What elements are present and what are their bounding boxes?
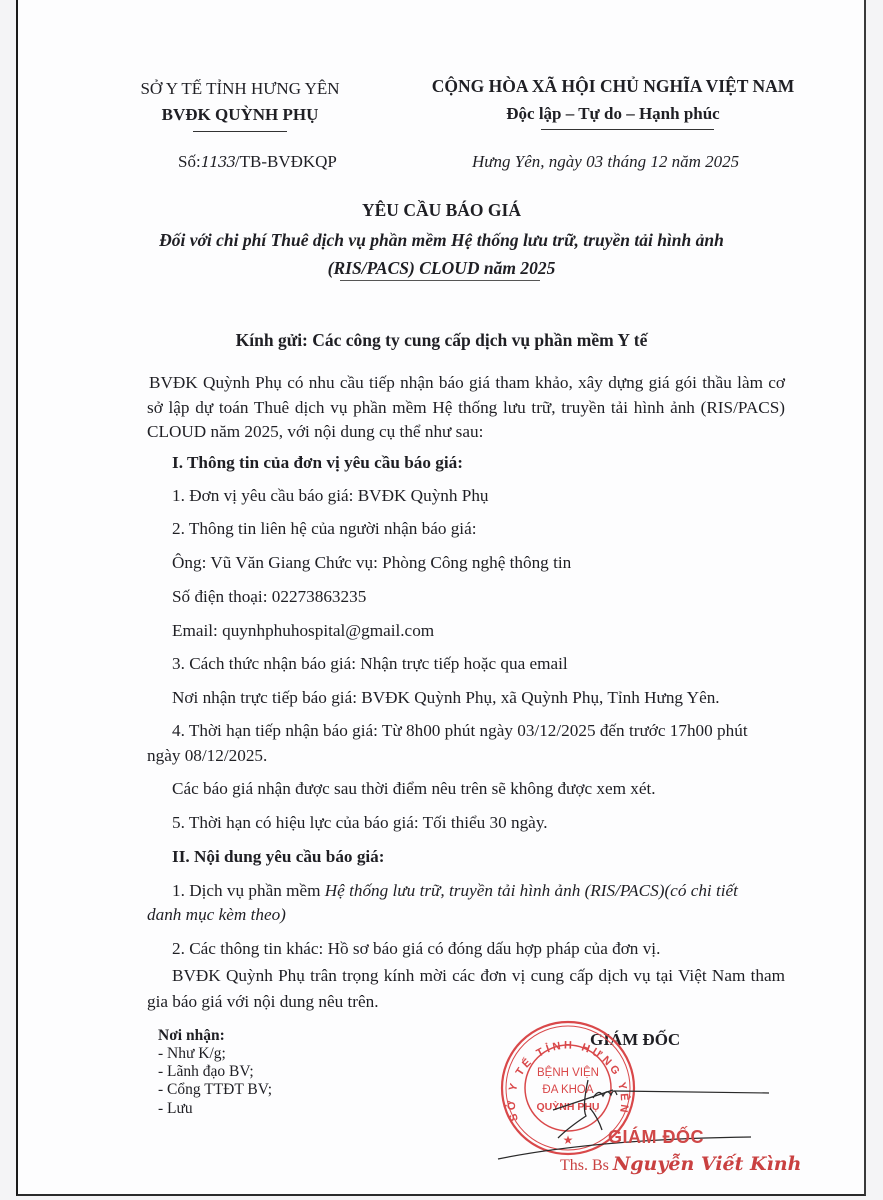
intro-paragraph: BVĐK Quỳnh Phụ có nhu cầu tiếp nhận báo … xyxy=(147,371,785,445)
section-1-item-4: 4. Thời hạn tiếp nhận báo giá: Từ 8h00 p… xyxy=(172,719,748,743)
section-2-item-1-cont: danh mục kèm theo) xyxy=(147,903,286,927)
section-2-item-2: 2. Các thông tin khác: Hồ sơ báo giá có … xyxy=(172,937,660,961)
contact-phone: Số điện thoại: 02273863235 xyxy=(172,585,366,609)
recipient-item: - Lãnh đạo BV; xyxy=(158,1063,254,1081)
item-1-italic: Hệ thống lưu trữ, truyền tải hình ảnh (R… xyxy=(325,881,738,900)
issuing-authority: SỞ Y TẾ TỈNH HƯNG YÊN BVĐK QUỲNH PHỤ xyxy=(120,76,360,128)
signatory-degree: Ths. Bs xyxy=(560,1157,613,1174)
doc-no-handwritten: 1133 xyxy=(201,153,235,171)
svg-text:BỆNH VIỆN: BỆNH VIỆN xyxy=(537,1066,599,1079)
national-motto: Độc lập – Tự do – Hạnh phúc xyxy=(408,100,818,127)
section-2-item-1: 1. Dịch vụ phần mềm Hệ thống lưu trữ, tr… xyxy=(172,879,738,903)
recipients-heading: Nơi nhận: xyxy=(158,1027,225,1045)
document-title: YÊU CẦU BÁO GIÁ xyxy=(0,200,883,221)
document-number: Số:1133/TB-BVĐKQP xyxy=(178,152,337,172)
section-1-item-1: 1. Đơn vị yêu cầu báo giá: BVĐK Quỳnh Ph… xyxy=(172,484,489,508)
contact-person: Ông: Vũ Văn Giang Chức vụ: Phòng Công ng… xyxy=(172,551,571,575)
section-1-item-3: 3. Cách thức nhận báo giá: Nhận trực tiế… xyxy=(172,652,568,676)
header-left-underline xyxy=(193,131,287,132)
header-right-underline xyxy=(541,129,714,130)
section-1-item-5: 5. Thời hạn có hiệu lực của báo giá: Tối… xyxy=(172,811,548,835)
department-name: SỞ Y TẾ TỈNH HƯNG YÊN xyxy=(120,76,360,102)
greeting: Kính gửi: Các công ty cung cấp dịch vụ p… xyxy=(0,330,883,351)
section-1-item-2: 2. Thông tin liên hệ của người nhận báo … xyxy=(172,517,476,541)
subtitle-line-2: (RIS/PACS) CLOUD năm 2025 xyxy=(0,254,883,282)
title-underline xyxy=(340,280,540,281)
country-name: CỘNG HÒA XÃ HỘI CHỦ NGHĨA VIỆT NAM xyxy=(408,73,818,100)
doc-no-suffix: /TB-BVĐKQP xyxy=(235,152,337,171)
signature-stroke xyxy=(574,1085,774,1105)
subtitle-line-1: Đối với chi phí Thuê dịch vụ phần mềm Hệ… xyxy=(0,226,883,254)
document-date: Hưng Yên, ngày 03 tháng 12 năm 2025 xyxy=(472,152,739,172)
signatory-full-name: Nguyễn Viết Kình xyxy=(613,1153,802,1175)
section-1-heading: I. Thông tin của đơn vị yêu cầu báo giá: xyxy=(172,451,463,475)
recipient-item: - Cổng TTĐT BV; xyxy=(158,1081,272,1099)
contact-email: Email: quynhphuhospital@gmail.com xyxy=(172,619,434,643)
recipient-item: - Lưu xyxy=(158,1100,193,1118)
document-subtitle: Đối với chi phí Thuê dịch vụ phần mềm Hệ… xyxy=(0,226,883,282)
delivery-address: Nơi nhận trực tiếp báo giá: BVĐK Quỳnh P… xyxy=(172,686,720,710)
national-title: CỘNG HÒA XÃ HỘI CHỦ NGHĨA VIỆT NAM Độc l… xyxy=(408,73,818,127)
stamp-signatory-title: GIÁM ĐỐC xyxy=(608,1127,704,1148)
hospital-name: BVĐK QUỲNH PHỤ xyxy=(120,102,360,128)
closing-paragraph: BVĐK Quỳnh Phụ trân trọng kính mời các đ… xyxy=(147,963,785,1015)
section-2-heading: II. Nội dung yêu cầu báo giá: xyxy=(172,845,385,869)
signatory-name: Ths. Bs Nguyễn Viết Kình xyxy=(560,1153,801,1175)
section-1-item-4-cont: ngày 08/12/2025. xyxy=(147,744,267,768)
doc-no-label: Số: xyxy=(178,152,201,171)
late-quote-note: Các báo giá nhận được sau thời điểm nêu … xyxy=(172,777,656,801)
document-page xyxy=(16,0,866,1196)
recipient-item: - Như K/g; xyxy=(158,1045,226,1063)
item-1-prefix: 1. Dịch vụ phần mềm xyxy=(172,881,325,900)
